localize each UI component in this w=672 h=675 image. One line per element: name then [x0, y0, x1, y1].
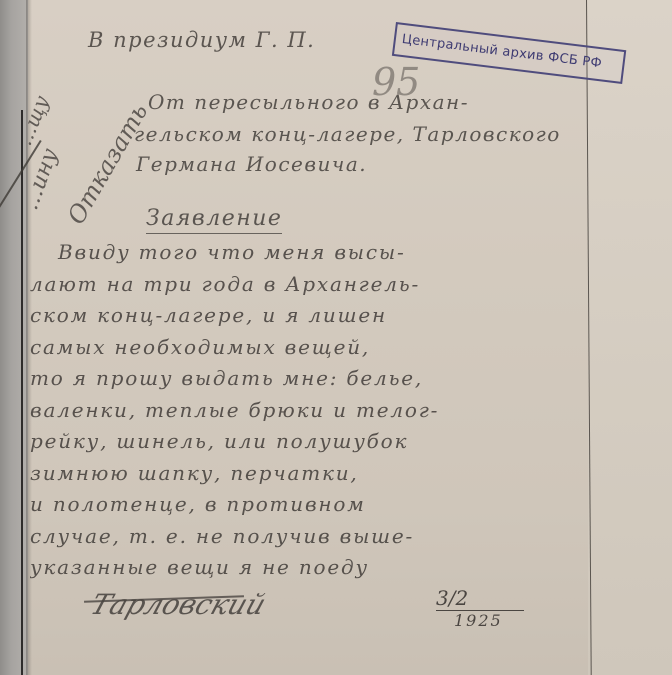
body-line: Ввиду того что меня высы- — [30, 240, 590, 272]
date-block: 3/2 1925 — [436, 586, 524, 630]
signature: Тарловский — [87, 588, 270, 621]
body-line: самых необходимых вещей, — [30, 335, 590, 367]
body-line: ском конц-лагере, и я лишен — [30, 303, 590, 335]
date-year: 1925 — [436, 611, 524, 630]
sender-line-3: Германа Иосевича. — [136, 152, 367, 176]
document-scan: В президиум Г. П. Центральный архив ФСБ … — [0, 0, 672, 675]
body-line: рейку, шинель, или полушубок — [30, 429, 590, 461]
document-title: Заявление — [146, 206, 282, 234]
right-margin-area — [588, 0, 672, 675]
addressee-line: В президиум Г. П. — [88, 28, 315, 52]
body-line: указанные вещи я не поеду — [30, 555, 590, 587]
body-line: и полотенце, в противном — [30, 492, 590, 524]
body-line: то я прошу выдать мне: белье, — [30, 366, 590, 398]
body-line: зимнюю шапку, перчатки, — [30, 461, 590, 493]
date-day-month: 3/2 — [436, 586, 524, 611]
body-line: валенки, теплые брюки и телог- — [30, 398, 590, 430]
body-line: случае, т. е. не получив выше- — [30, 524, 590, 556]
sender-line-1: От пересыльного в Архан- — [148, 90, 469, 114]
body-line: лают на три года в Архангель- — [30, 272, 590, 304]
sender-line-2: гельском конц-лагере, Тарловского — [134, 122, 561, 146]
application-body: Ввиду того что меня высы- лают на три го… — [30, 240, 590, 587]
folder-binding — [0, 0, 28, 675]
